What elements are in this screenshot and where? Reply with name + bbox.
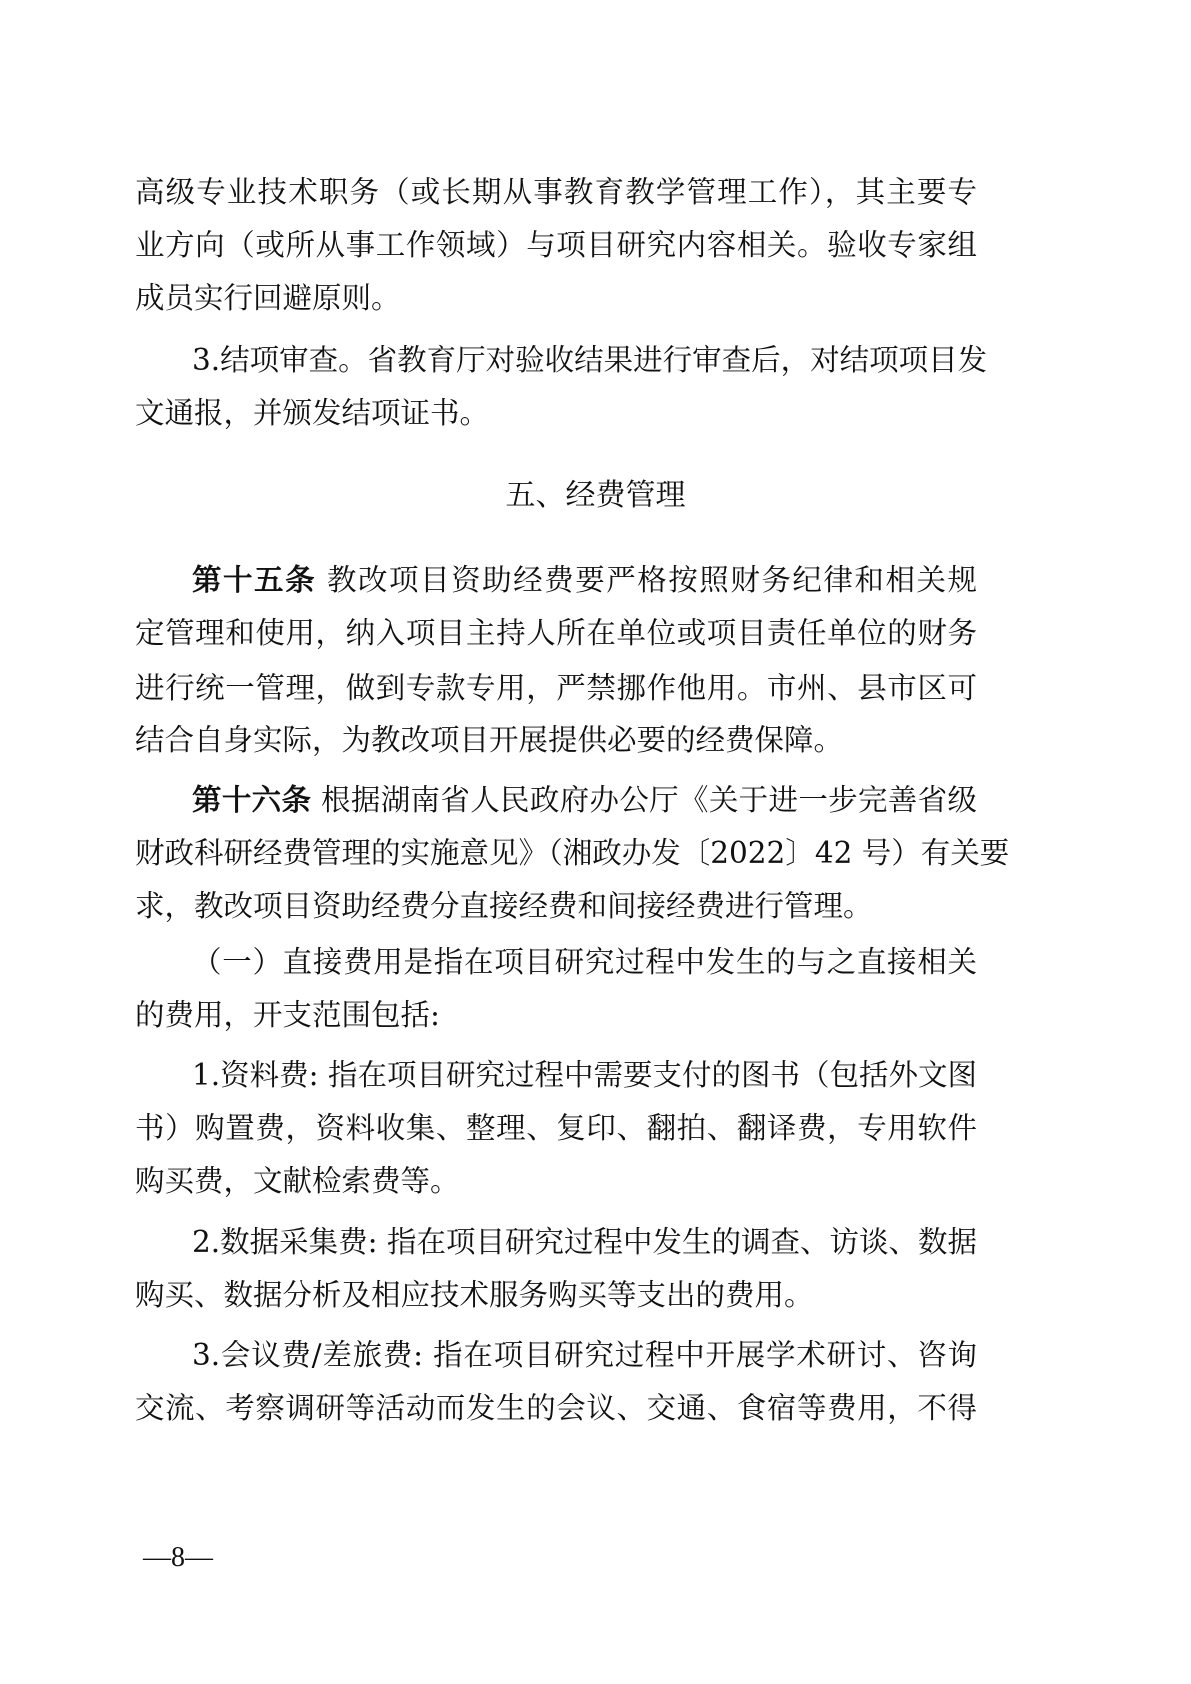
article-16-line: 第十六条 根据湖南省人民政府办公厅《关于进一步完善省级 [192, 782, 977, 818]
paragraph-line: （一）直接费用是指在项目研究过程中发生的与之直接相关 [192, 944, 977, 980]
paragraph-line: 成员实行回避原则。 [135, 280, 977, 316]
paragraph-line: 求，教改项目资助经费分直接经费和间接经费进行管理。 [135, 888, 977, 924]
paragraph-line: 文通报，并颁发结项证书。 [135, 395, 977, 431]
paragraph-line: 1.资料费: 指在项目研究过程中需要支付的图书（包括外文图 [192, 1057, 977, 1093]
paragraph-line: 交流、考察调研等活动而发生的会议、交通、食宿等费用，不得 [135, 1390, 977, 1426]
paragraph-line: 业方向（或所从事工作领域）与项目研究内容相关。验收专家组 [135, 227, 977, 263]
article-label: 第十五条 [192, 563, 316, 597]
article-15-line: 第十五条 教改项目资助经费要严格按照财务纪律和相关规 [192, 562, 977, 598]
paragraph-line: 的费用，开支范围包括: [135, 997, 977, 1033]
section-heading: 五、经费管理 [0, 478, 1191, 514]
article-label: 第十六条 [192, 783, 311, 817]
article-text: 教改项目资助经费要严格按照财务纪律和相关规 [316, 563, 977, 597]
paragraph-line: 进行统一管理，做到专款专用，严禁挪作他用。市州、县市区可 [135, 670, 977, 706]
article-text: 根据湖南省人民政府办公厅《关于进一步完善省级 [311, 783, 977, 817]
paragraph-line: 书）购置费，资料收集、整理、复印、翻拍、翻译费，专用软件 [135, 1110, 977, 1146]
paragraph-line: 结合自身实际，为教改项目开展提供必要的经费保障。 [135, 722, 977, 758]
paragraph-line: 定管理和使用，纳入项目主持人所在单位或项目责任单位的财务 [135, 615, 977, 651]
page-number: —8— [143, 1541, 213, 1575]
paragraph-line: 高级专业技术职务（或长期从事教育教学管理工作），其主要专 [135, 174, 977, 210]
paragraph-line: 3.会议费/差旅费: 指在项目研究过程中开展学术研讨、咨询 [192, 1337, 977, 1373]
paragraph-line: 3.结项审查。省教育厅对验收结果进行审查后，对结项项目发 [192, 342, 977, 378]
paragraph-line: 财政科研经费管理的实施意见》（湘政办发〔2022〕42 号）有关要 [135, 835, 977, 871]
paragraph-line: 购买、数据分析及相应技术服务购买等支出的费用。 [135, 1277, 977, 1313]
paragraph-line: 购买费，文献检索费等。 [135, 1163, 977, 1199]
paragraph-line: 2.数据采集费: 指在项目研究过程中发生的调查、访谈、数据 [192, 1224, 977, 1260]
